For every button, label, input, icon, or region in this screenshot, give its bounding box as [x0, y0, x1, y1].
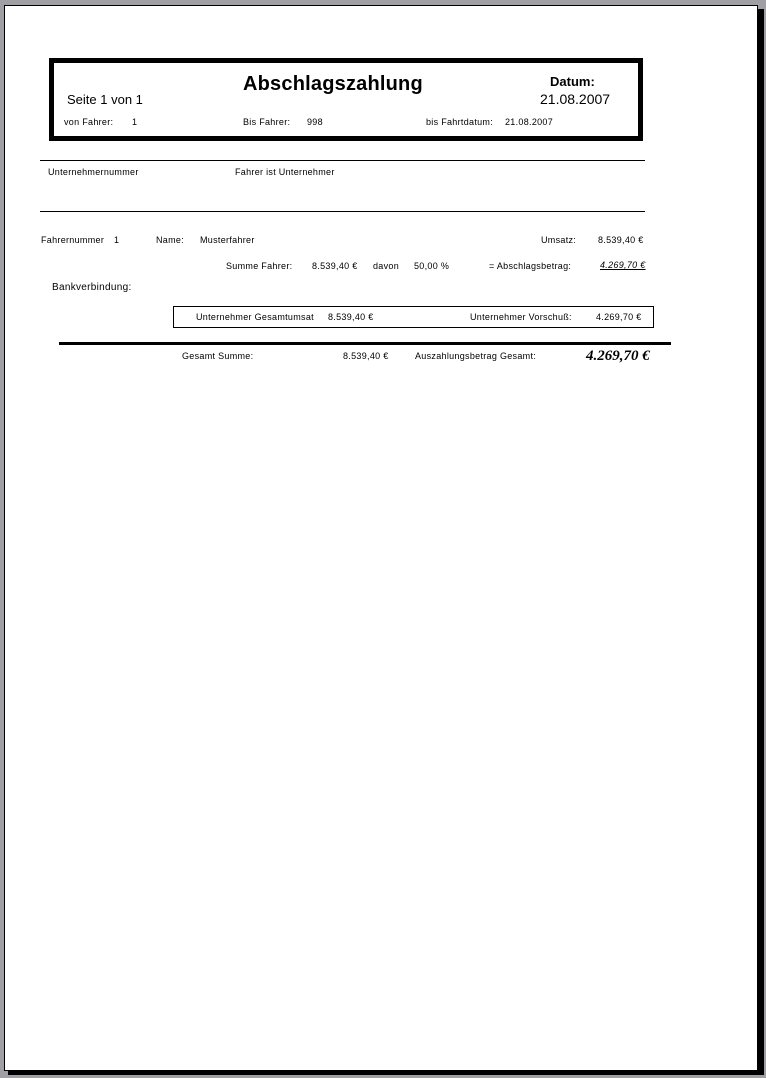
date-value: 21.08.2007 [540, 91, 610, 107]
from-driver-value: 1 [132, 117, 137, 127]
to-trip-date-label: bis Fahrtdatum: [426, 117, 493, 127]
revenue-label: Umsatz: [541, 235, 576, 245]
company-number-label: Unternehmernummer [48, 167, 139, 177]
share-value: 50,00 % [414, 261, 449, 271]
to-driver-label: Bis Fahrer: [243, 117, 290, 127]
driver-number-label: Fahrernummer [41, 235, 104, 245]
page-info: Seite 1 von 1 [67, 92, 143, 107]
revenue-value: 8.539,40 € [598, 235, 644, 245]
company-total-revenue-value: 8.539,40 € [328, 312, 374, 322]
total-divider [59, 342, 671, 345]
advance-label: = Abschlagsbetrag: [489, 261, 571, 271]
to-driver-value: 998 [307, 117, 323, 127]
company-total-revenue-label: Unternehmer Gesamtumsat [196, 312, 314, 322]
driver-number-value: 1 [114, 235, 119, 245]
grand-sum-label: Gesamt Summe: [182, 351, 253, 361]
driver-name-value: Musterfahrer [200, 235, 255, 245]
share-label: davon [373, 261, 399, 271]
driver-name-label: Name: [156, 235, 184, 245]
driver-sum-value: 8.539,40 € [312, 261, 358, 271]
driver-sum-label: Summe Fahrer: [226, 261, 292, 271]
driver-is-company-label: Fahrer ist Unternehmer [235, 167, 335, 177]
to-trip-date-value: 21.08.2007 [505, 117, 553, 127]
grand-sum-value: 8.539,40 € [343, 351, 389, 361]
advance-value: 4.269,70 € [600, 260, 646, 270]
date-label: Datum: [550, 74, 595, 89]
from-driver-label: von Fahrer: [64, 117, 113, 127]
divider-top [40, 160, 645, 161]
report-title: Abschlagszahlung [243, 73, 423, 96]
bank-details-label: Bankverbindung: [52, 282, 132, 293]
company-advance-label: Unternehmer Vorschuß: [470, 312, 572, 322]
payout-value: 4.269,70 € [586, 348, 650, 365]
company-advance-value: 4.269,70 € [596, 312, 642, 322]
payout-label: Auszahlungsbetrag Gesamt: [415, 351, 536, 361]
report-page: Abschlagszahlung Seite 1 von 1 Datum: 21… [4, 5, 758, 1071]
divider-bottom [40, 211, 645, 212]
